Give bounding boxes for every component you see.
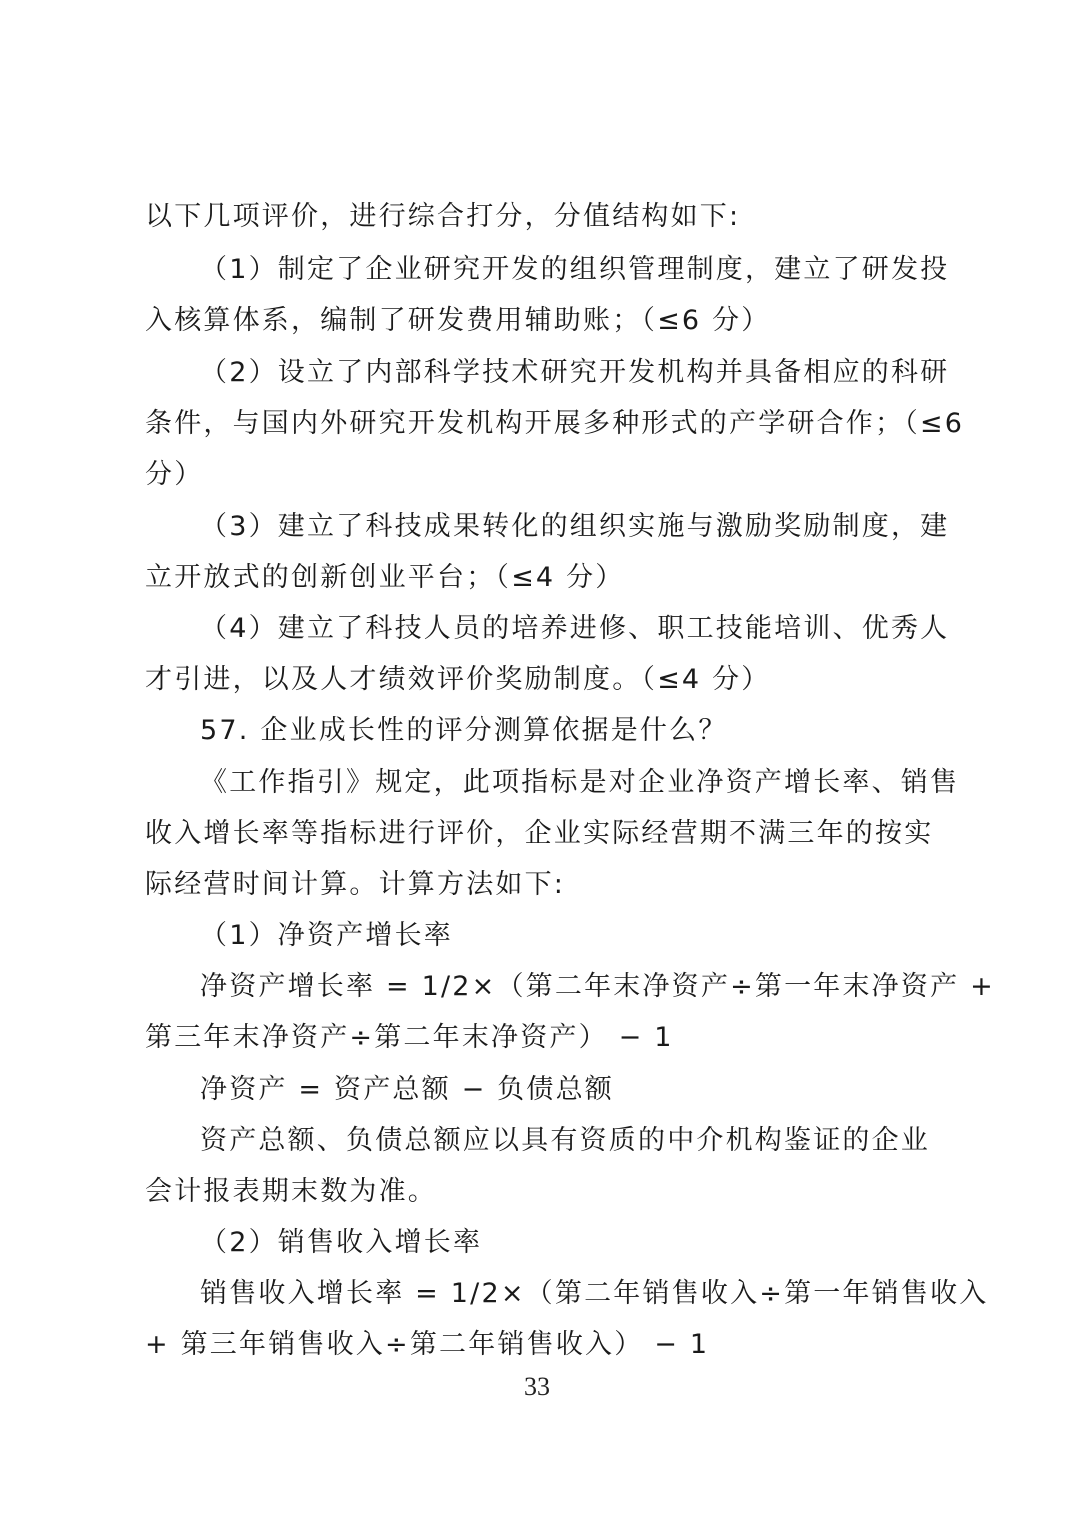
answer-paragraph-line: 收入增长率等指标进行评价，企业实际经营期不满三年的按实: [145, 814, 933, 854]
list-item-4-line: 才引进，以及人才绩效评价奖励制度。（≤4 分）: [145, 660, 770, 700]
paragraph-line: 以下几项评价，进行综合打分，分值结构如下:: [145, 197, 740, 237]
list-item-1-line: 入核算体系，编制了研发费用辅助账；（≤6 分）: [145, 301, 770, 341]
question-heading: 57. 企业成长性的评分测算依据是什么？: [200, 711, 728, 751]
paragraph-line: 资产总额、负债总额应以具有资质的中介机构鉴证的企业: [200, 1121, 930, 1161]
list-item-3-line: （3）建立了科技成果转化的组织实施与激励奖励制度，建: [200, 507, 949, 547]
formula-line: 第三年末净资产÷第二年末净资产） − 1: [145, 1018, 674, 1058]
list-item-1-line: （1）制定了企业研究开发的组织管理制度，建立了研发投: [200, 250, 949, 290]
formula-line: 净资产增长率 = 1/2×（第二年末净资产÷第一年末净资产 +: [200, 967, 995, 1007]
answer-paragraph-line: 际经营时间计算。计算方法如下:: [145, 865, 565, 905]
formula-line: 销售收入增长率 = 1/2×（第二年销售收入÷第一年销售收入: [200, 1274, 989, 1314]
formula-line: + 第三年销售收入÷第二年销售收入） − 1: [145, 1325, 709, 1365]
answer-paragraph-line: 《工作指引》规定，此项指标是对企业净资产增长率、销售: [200, 763, 959, 803]
document-page: 以下几项评价，进行综合打分，分值结构如下: （1）制定了企业研究开发的组织管理制…: [0, 0, 1074, 1520]
page-number: 33: [0, 1372, 1074, 1402]
list-item-2-line: （2）设立了内部科学技术研究开发机构并具备相应的科研: [200, 353, 949, 393]
formula-line: 净资产 = 资产总额 − 负债总额: [200, 1070, 614, 1110]
list-item-2-line: 条件，与国内外研究开发机构开展多种形式的产学研合作；（≤6: [145, 404, 964, 444]
list-item-3-line: 立开放式的创新创业平台；（≤4 分）: [145, 558, 624, 598]
subheading-sales-growth: （2）销售收入增长率: [200, 1223, 482, 1263]
paragraph-line: 会计报表期末数为准。: [145, 1172, 437, 1212]
subheading-net-asset-growth: （1）净资产增长率: [200, 916, 453, 956]
list-item-2-line: 分）: [145, 455, 203, 495]
list-item-4-line: （4）建立了科技人员的培养进修、职工技能培训、优秀人: [200, 609, 949, 649]
